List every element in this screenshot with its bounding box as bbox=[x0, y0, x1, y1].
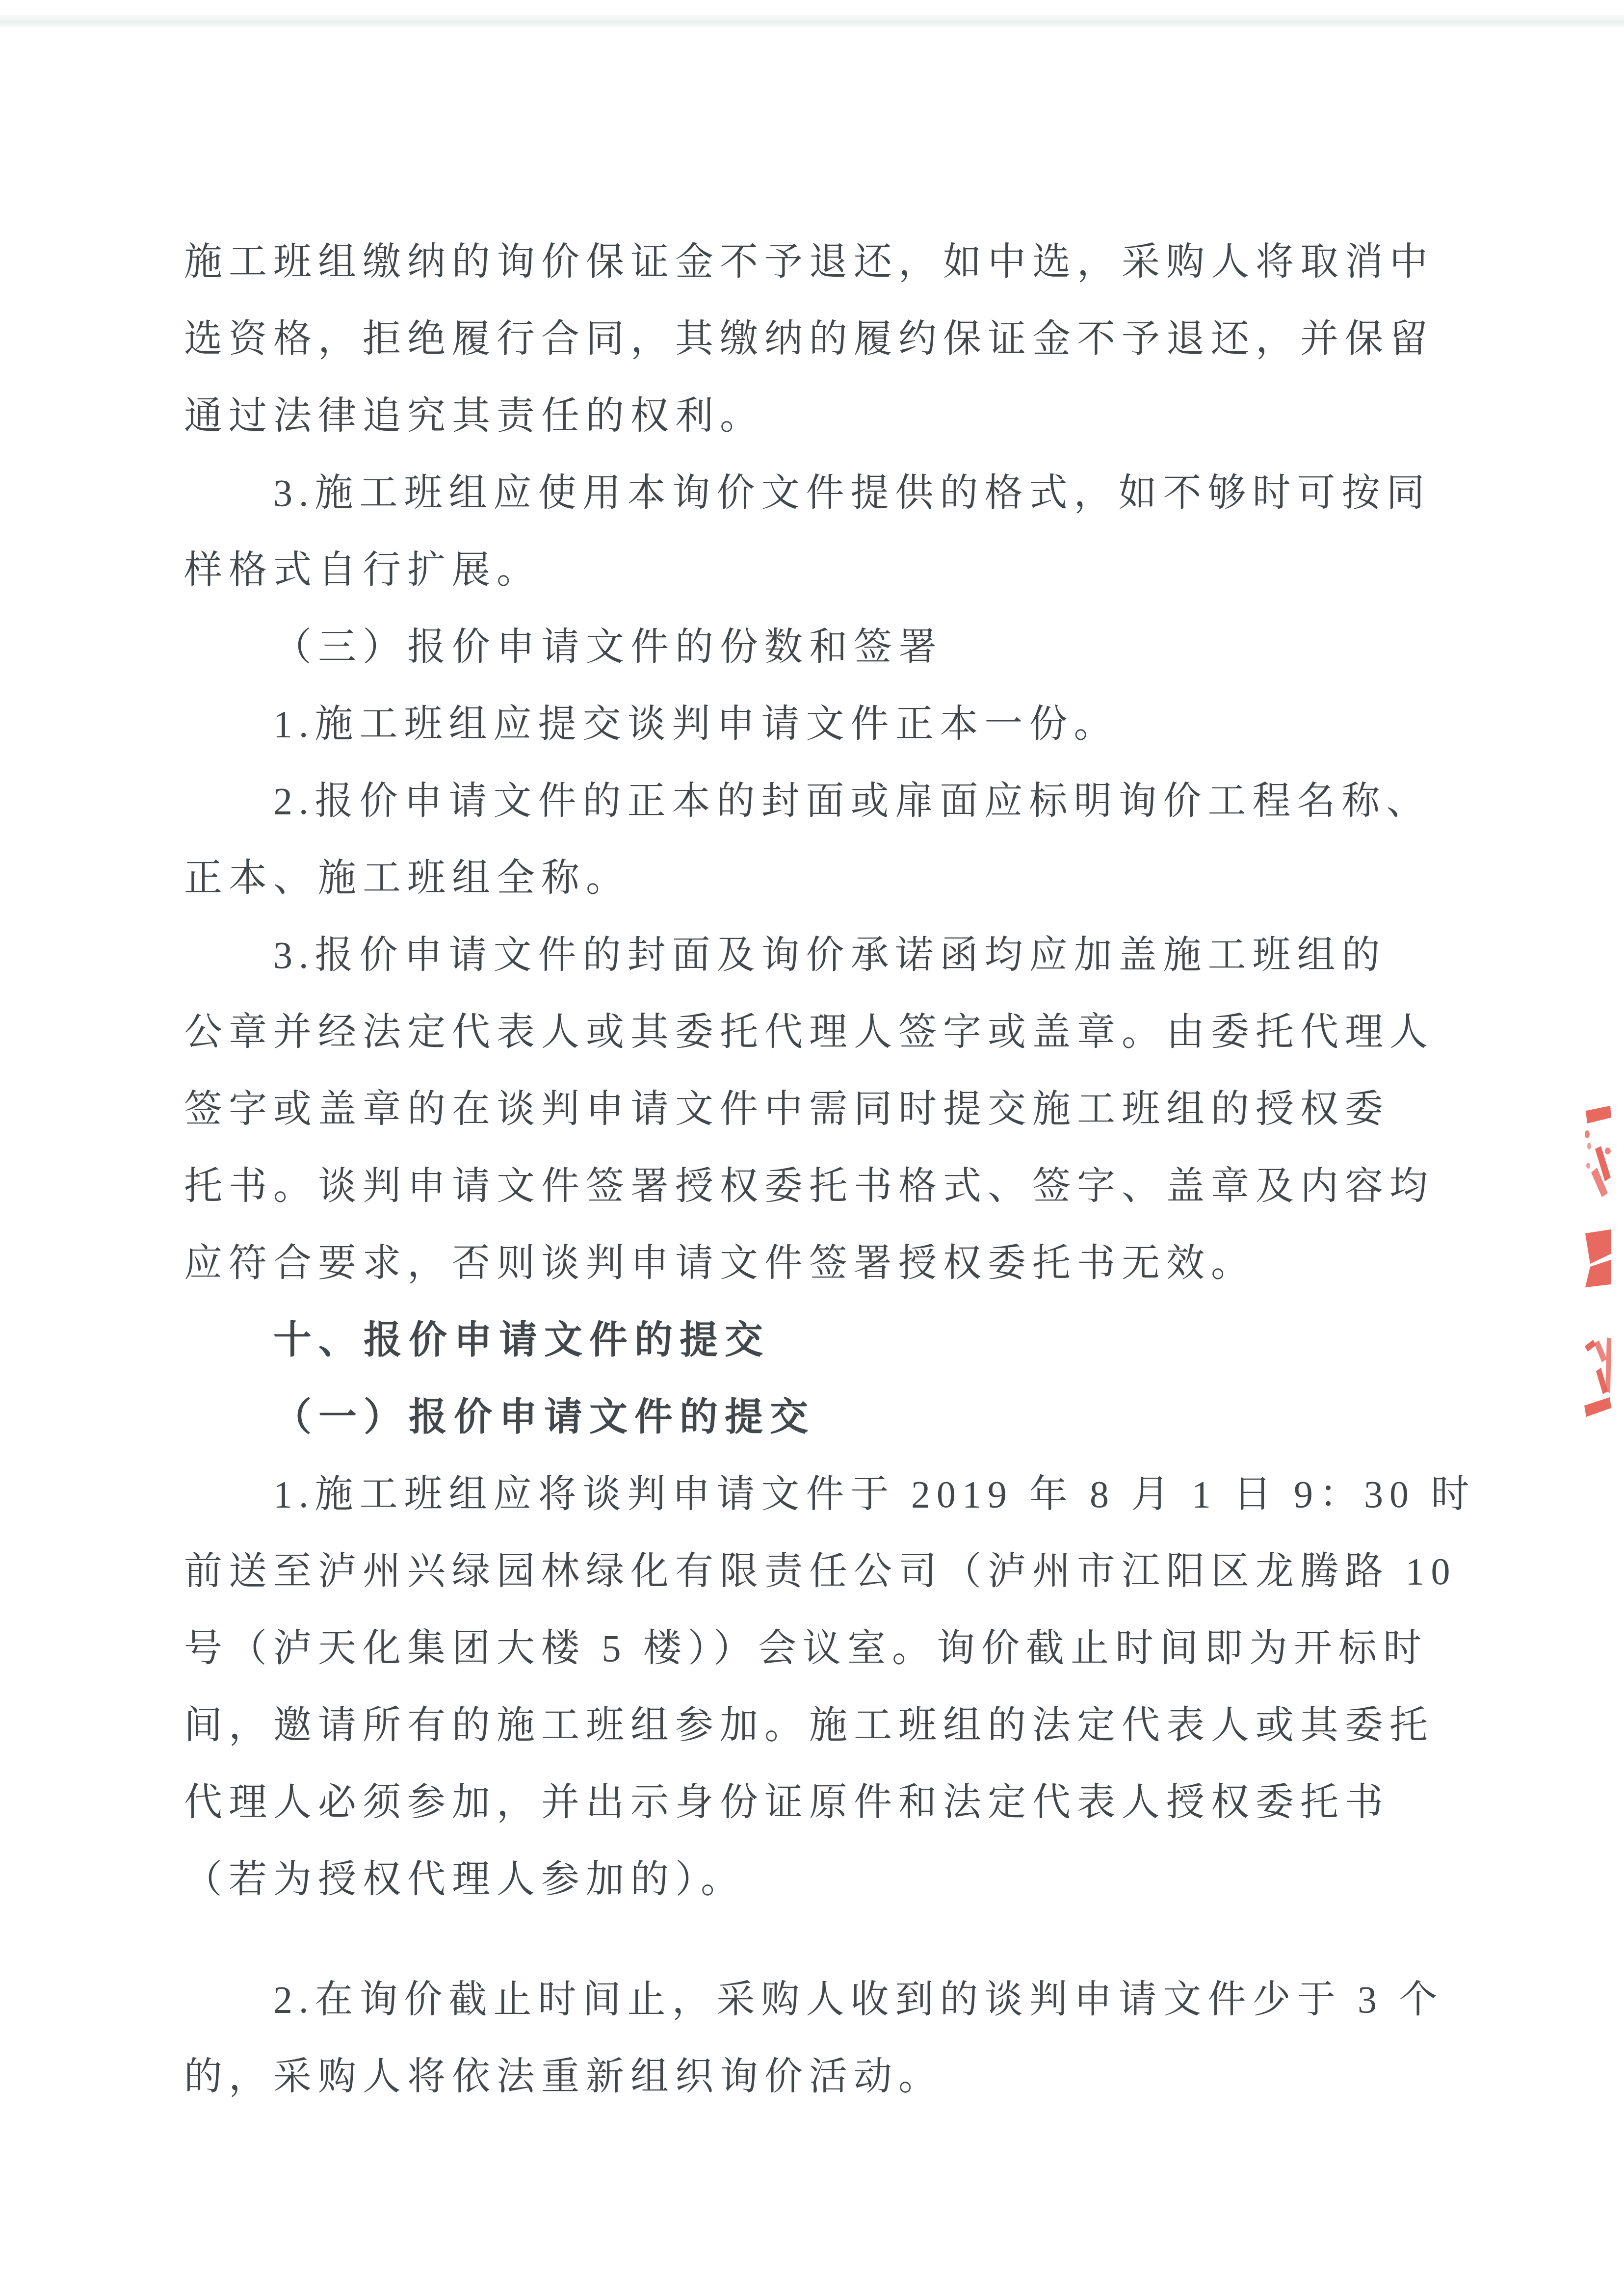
text-line: 3.施工班组应使用本询价文件提供的格式，如不够时可按同 bbox=[184, 454, 1441, 531]
text-line: 施工班组缴纳的询价保证金不予退还，如中选，采购人将取消中 bbox=[184, 223, 1441, 300]
text-line: 托书。谈判申请文件签署授权委托书格式、签字、盖章及内容均 bbox=[184, 1148, 1441, 1225]
text-line: 应符合要求，否则谈判申请文件签署授权委托书无效。 bbox=[184, 1225, 1441, 1302]
section-heading-line: 十、报价申请文件的提交 bbox=[184, 1302, 1441, 1379]
text-line: 选资格，拒绝履行合同，其缴纳的履约保证金不予退还，并保留 bbox=[184, 300, 1441, 377]
text-line: 正本、施工班组全称。 bbox=[184, 839, 1441, 916]
section-heading-line: （三）报价申请文件的份数和签署 bbox=[184, 608, 1441, 685]
text-line: 间，邀请所有的施工班组参加。施工班组的法定代表人或其委托 bbox=[184, 1687, 1441, 1764]
text-line: 代理人必须参加，并出示身份证原件和法定代表人授权委托书 bbox=[184, 1764, 1441, 1841]
text-line: 1.施工班组应将谈判申请文件于 2019 年 8 月 1 日 9：30 时 bbox=[184, 1456, 1441, 1533]
document-body: 施工班组缴纳的询价保证金不予退还，如中选，采购人将取消中 选资格，拒绝履行合同，… bbox=[184, 223, 1441, 2115]
text-line: 3.报价申请文件的封面及询价承诺函均应加盖施工班组的 bbox=[184, 916, 1441, 993]
text-line: 的，采购人将依法重新组织询价活动。 bbox=[184, 2038, 1441, 2115]
text-line: （若为授权代理人参加的）。 bbox=[184, 1841, 1441, 1918]
scanner-artifact-band bbox=[0, 15, 1624, 28]
text-line: 样格式自行扩展。 bbox=[184, 531, 1441, 608]
text-line: 1.施工班组应提交谈判申请文件正本一份。 bbox=[184, 685, 1441, 762]
text-line: 2.报价申请文件的正本的封面或扉面应标明询价工程名称、 bbox=[184, 762, 1441, 839]
text-line: 2.在询价截止时间止，采购人收到的谈判申请文件少于 3 个 bbox=[184, 1961, 1441, 2038]
text-line: 通过法律追究其责任的权利。 bbox=[184, 377, 1441, 454]
section-heading-line: （一）报价申请文件的提交 bbox=[184, 1379, 1441, 1456]
text-line: 公章并经法定代表人或其委托代理人签字或盖章。由委托代理人 bbox=[184, 993, 1441, 1070]
scanned-document-page: 施工班组缴纳的询价保证金不予退还，如中选，采购人将取消中 选资格，拒绝履行合同，… bbox=[0, 0, 1624, 2296]
red-seal-stamp-fragment bbox=[1582, 1104, 1612, 1423]
text-line: 号（泸天化集团大楼 5 楼））会议室。询价截止时间即为开标时 bbox=[184, 1610, 1441, 1687]
text-line: 前送至泸州兴绿园林绿化有限责任公司（泸州市江阳区龙腾路 10 bbox=[184, 1533, 1441, 1610]
text-line: 签字或盖章的在谈判申请文件中需同时提交施工班组的授权委 bbox=[184, 1070, 1441, 1148]
